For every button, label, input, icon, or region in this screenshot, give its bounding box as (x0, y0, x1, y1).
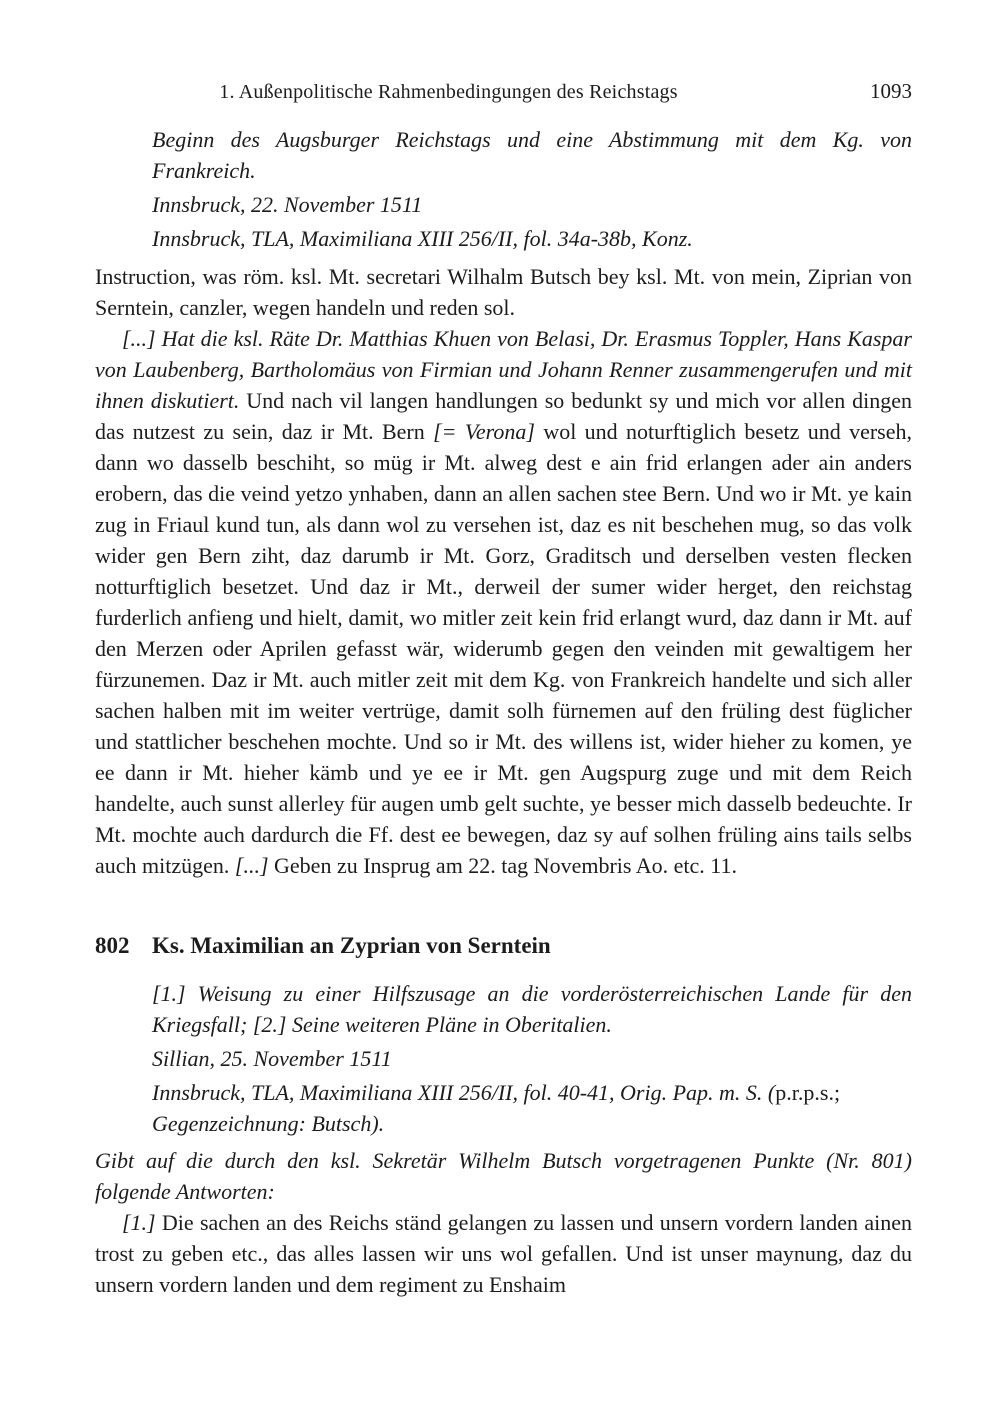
headnote-group-802: [1.] Weisung zu einer Hilfszusage an die… (95, 978, 912, 1139)
document-entry-802: 802 Ks. Maximilian an Zyprian von Sernte… (95, 931, 912, 1300)
book-page: 1. Außenpolitische Rahmenbedingungen des… (0, 0, 1004, 1418)
source-line-801: Innsbruck, TLA, Maximiliana XIII 256/II,… (152, 223, 912, 254)
source-line-802: Innsbruck, TLA, Maximiliana XIII 256/II,… (152, 1077, 912, 1139)
text-column: 1. Außenpolitische Rahmenbedingungen des… (95, 80, 912, 1300)
date-line-802: Sillian, 25. November 1511 (152, 1043, 912, 1074)
running-header-title: 1. Außenpolitische Rahmenbedingungen des… (95, 80, 802, 104)
document-entry-801: Beginn des Augsburger Reichstags und ein… (95, 124, 912, 881)
editorial-summary-802: Gibt auf die durch den ksl. Sekretär Wil… (95, 1145, 912, 1207)
running-header: 1. Außenpolitische Rahmenbedingungen des… (95, 80, 912, 106)
page-number: 1093 (870, 79, 912, 103)
date-line-801: Innsbruck, 22. November 1511 (152, 189, 912, 220)
regest-802: [1.] Weisung zu einer Hilfszusage an die… (152, 978, 912, 1040)
transcription-paragraph-802-1: [1.] Die sachen an des Reichs ständ gela… (95, 1207, 912, 1300)
document-title: Ks. Maximilian an Zyprian von Serntein (152, 931, 912, 961)
document-heading-802: 802 Ks. Maximilian an Zyprian von Sernte… (95, 931, 912, 961)
document-number: 802 (95, 931, 152, 961)
regest-801: Beginn des Augsburger Reichstags und ein… (152, 124, 912, 186)
transcription-paragraph-1: Instruction, was röm. ksl. Mt. secretari… (95, 261, 912, 323)
transcription-paragraph-2: [...] Hat die ksl. Räte Dr. Matthias Khu… (95, 323, 912, 881)
